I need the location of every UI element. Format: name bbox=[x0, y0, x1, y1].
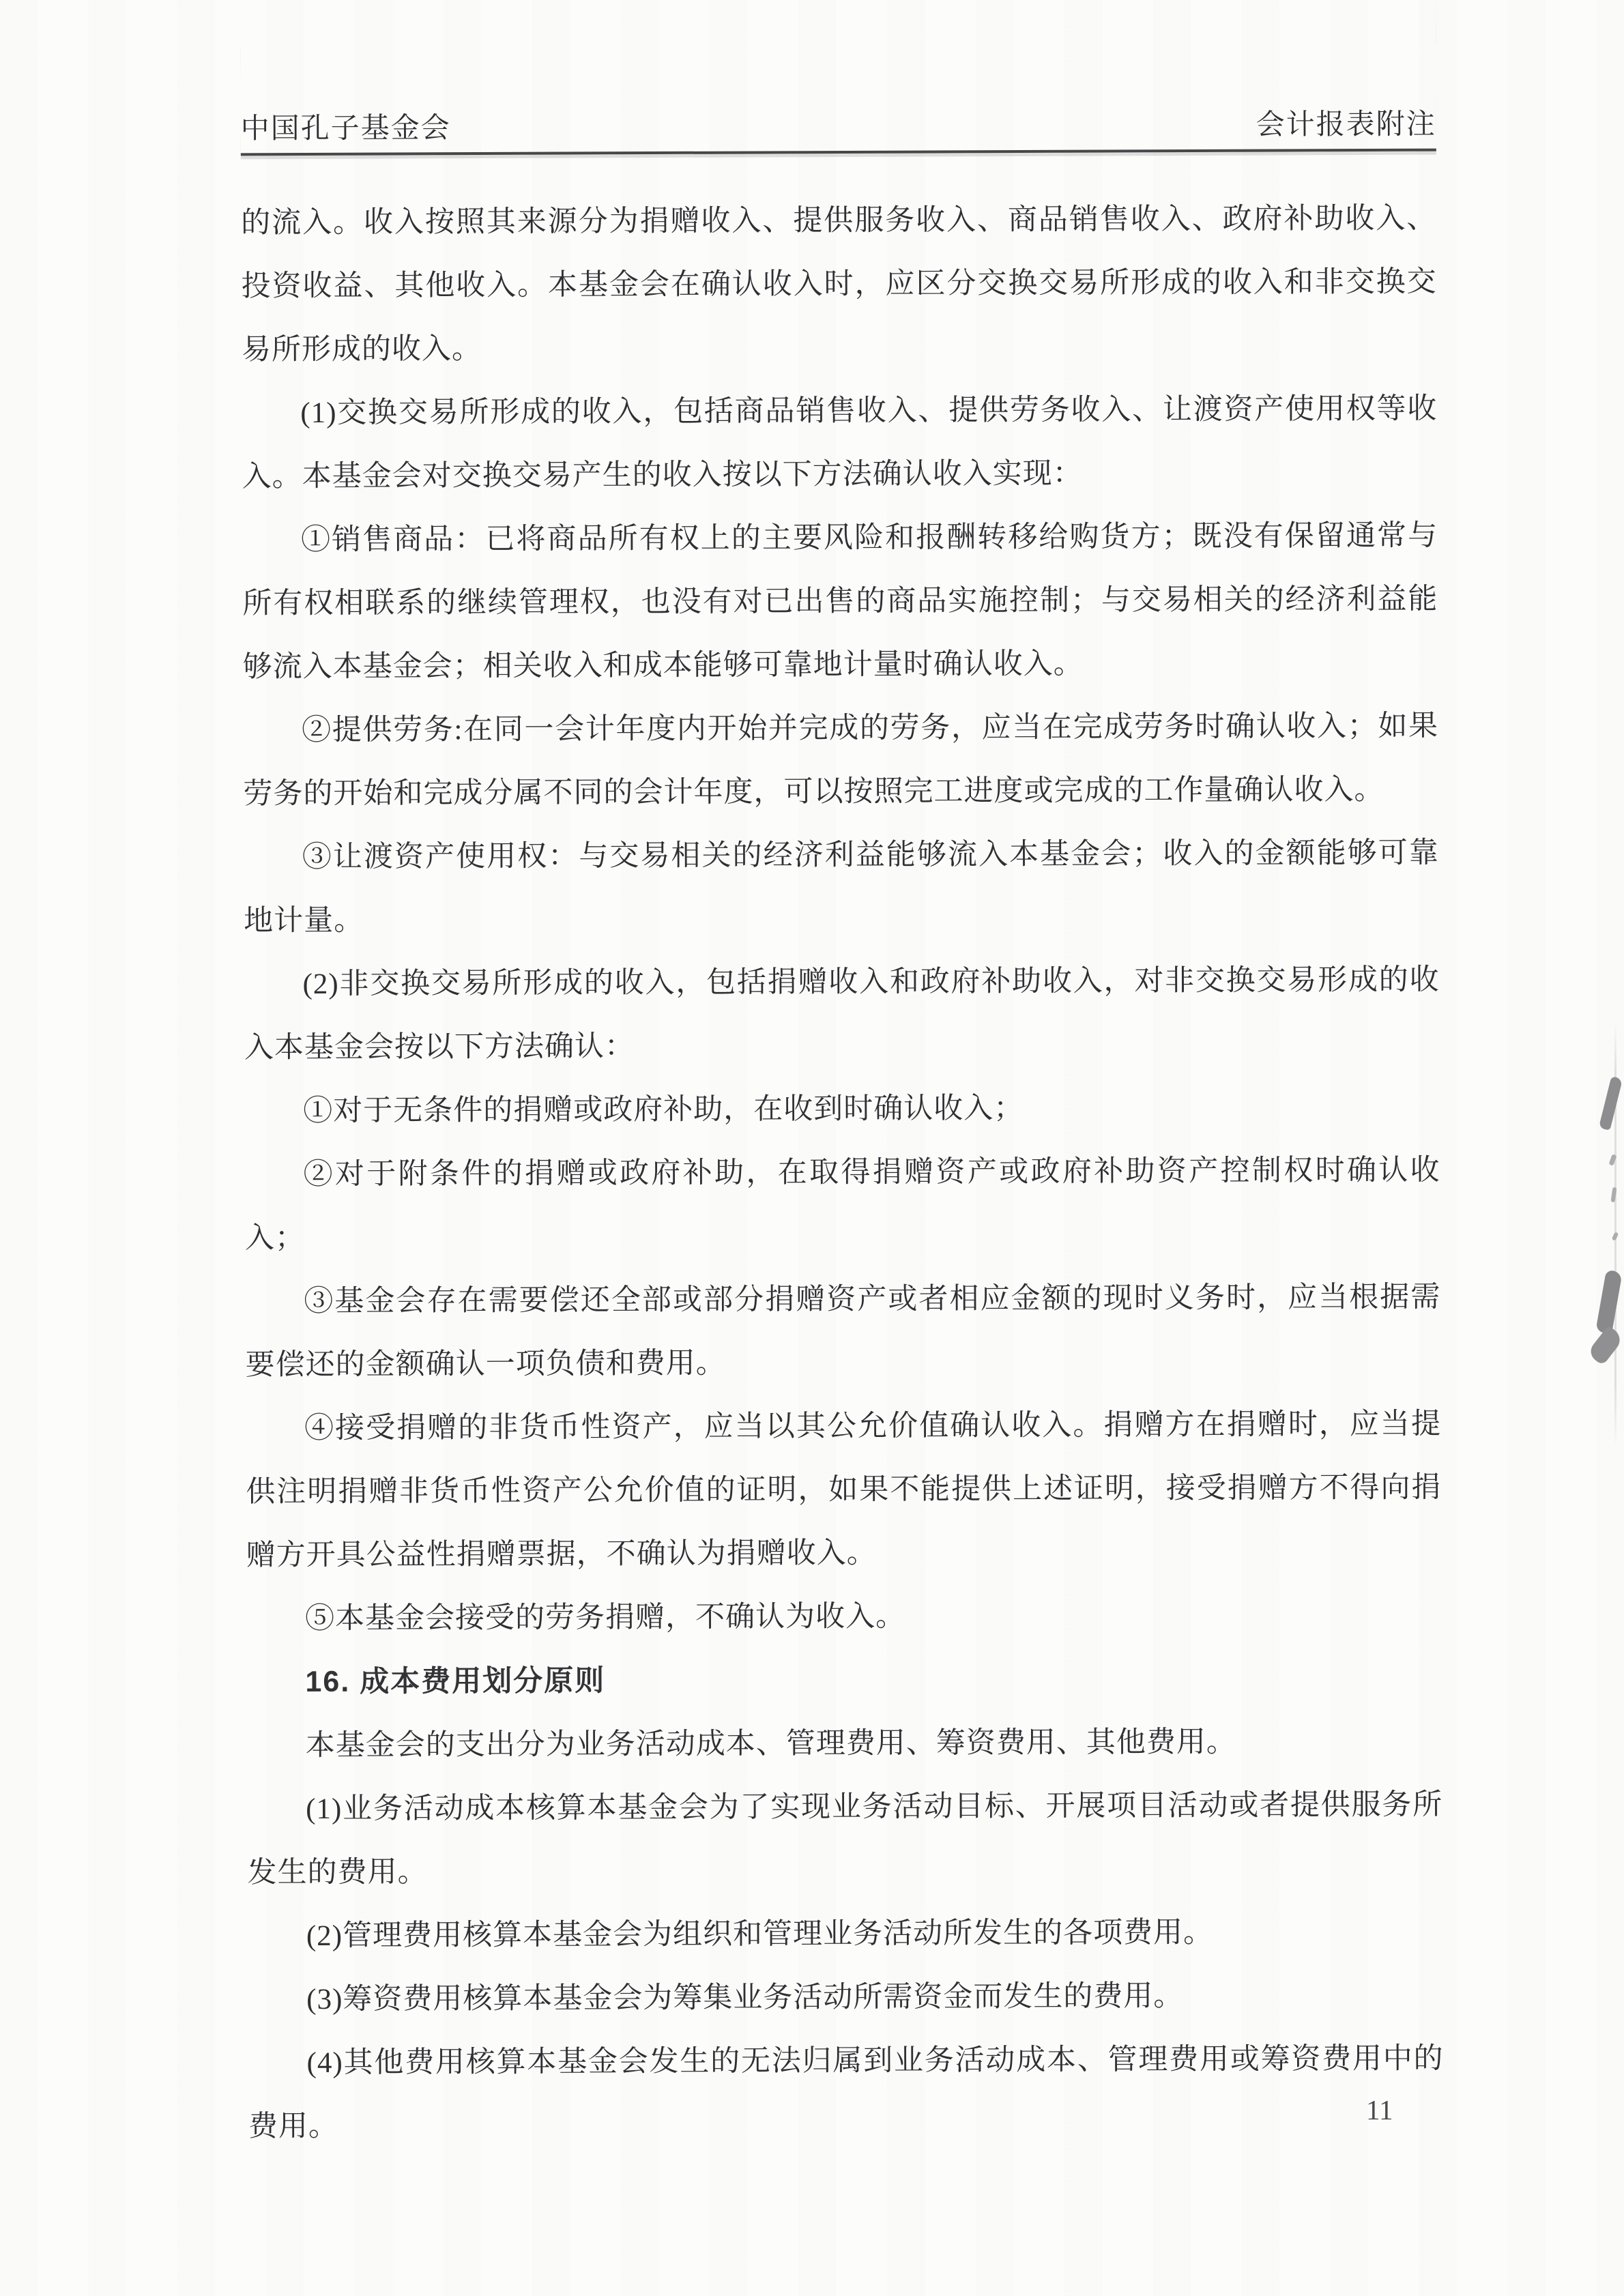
scan-smudge bbox=[1599, 1076, 1623, 1131]
body-paragraph: ①对于无条件的捐赠或政府补助，在收到时确认收入； bbox=[244, 1075, 1440, 1144]
body-paragraph: (1)业务活动成本核算本基金会为了实现业务活动目标、开展项目活动或者提供服务所发… bbox=[247, 1773, 1443, 1905]
page-number: 11 bbox=[1366, 2093, 1393, 2126]
scan-smudge bbox=[1586, 1325, 1624, 1365]
body-paragraph: (2)管理费用核算本基金会为组织和管理业务活动所发生的各项费用。 bbox=[248, 1900, 1443, 1968]
body-paragraph: 的流入。收入按照其来源分为捐赠收入、提供服务收入、商品销售收入、政府补助收入、投… bbox=[241, 187, 1437, 382]
scan-smudge bbox=[1595, 1270, 1623, 1335]
body-paragraph: (4)其他费用核算本基金会发生的无法归属到业务活动成本、管理费用或筹资费用中的费… bbox=[248, 2027, 1444, 2159]
body-paragraph: (1)交换交易所形成的收入，包括商品销售收入、提供劳务收入、让渡资产使用权等收入… bbox=[242, 377, 1438, 509]
header-org-name: 中国孔子基金会 bbox=[241, 113, 451, 145]
body-paragraph: ②对于附条件的捐赠或政府补助，在取得捐赠资产或政府补助资产控制权时确认收入； bbox=[244, 1139, 1440, 1270]
section-heading: 16. 成本费用划分原则 bbox=[246, 1646, 1442, 1715]
document-body: 的流入。收入按照其来源分为捐赠收入、提供服务收入、商品销售收入、政府补助收入、投… bbox=[241, 187, 1444, 2159]
body-paragraph: 本基金会的支出分为业务活动成本、管理费用、筹资费用、其他费用。 bbox=[247, 1710, 1442, 1778]
body-paragraph: (2)非交换交易所形成的收入，包括捐赠收入和政府补助收入，对非交换交易形成的收入… bbox=[244, 948, 1440, 1080]
body-paragraph: ④接受捐赠的非货币性资产，应当以其公允价值确认收入。捐赠方在捐赠时，应当提供注明… bbox=[246, 1393, 1442, 1588]
header-doc-title: 会计报表附注 bbox=[1256, 109, 1436, 141]
body-paragraph: ②提供劳务:在同一会计年度内开始并完成的劳务，应当在完成劳务时确认收入；如果劳务… bbox=[243, 695, 1439, 826]
body-paragraph: ③让渡资产使用权：与交易相关的经济利益能够流入本基金会；收入的金额能够可靠地计量… bbox=[244, 822, 1440, 953]
page-header: 中国孔子基金会 会计报表附注 bbox=[240, 0, 1436, 156]
body-paragraph: ⑤本基金会接受的劳务捐赠，不确认为收入。 bbox=[246, 1583, 1442, 1651]
body-paragraph: ①销售商品：已将商品所有权上的主要风险和报酬转移给购货方；既没有保留通常与所有权… bbox=[242, 504, 1438, 699]
body-paragraph: (3)筹资费用核算本基金会为筹集业务活动所需资金而发生的费用。 bbox=[248, 1964, 1443, 2032]
body-paragraph: ③基金会存在需要偿还全部或部分捐赠资产或者相应金额的现时义务时，应当根据需要偿还… bbox=[245, 1266, 1441, 1397]
page-sheet: 中国孔子基金会 会计报表附注 的流入。收入按照其来源分为捐赠收入、提供服务收入、… bbox=[240, 0, 1444, 2159]
scanned-document-page: 中国孔子基金会 会计报表附注 的流入。收入按照其来源分为捐赠收入、提供服务收入、… bbox=[0, 0, 1624, 2296]
scan-speck bbox=[1612, 1232, 1619, 1240]
